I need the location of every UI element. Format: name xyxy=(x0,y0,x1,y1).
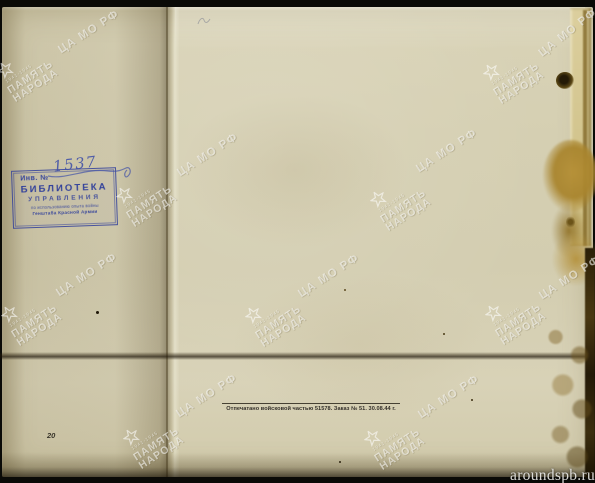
speck xyxy=(339,461,341,463)
site-watermark: aroundspb.ru xyxy=(510,467,595,483)
imprint-rule xyxy=(222,403,400,404)
imprint-block: Отпечатано войсковой частью 51578. Заказ… xyxy=(222,403,400,412)
stain-streak xyxy=(583,10,587,246)
stain xyxy=(543,140,595,212)
speck xyxy=(566,216,575,228)
stamp-subtitle: УПРАВЛЕНИЯ xyxy=(13,193,116,204)
mottled-stains xyxy=(546,322,594,472)
stamp-line3: по использованию опыта войны xyxy=(13,202,116,211)
bottom-edge-shadow xyxy=(2,452,593,477)
page-fold-line xyxy=(166,7,179,477)
document-scan: Инв. № БИБЛИОТЕКА УПРАВЛЕНИЯ по использо… xyxy=(0,0,595,483)
horizontal-crease xyxy=(0,352,595,360)
left-page-shade xyxy=(2,7,168,477)
speck xyxy=(443,333,445,335)
speck xyxy=(96,311,99,314)
speck xyxy=(344,289,346,291)
paper-hole xyxy=(556,72,574,89)
imprint-text: Отпечатано войсковой частью 51578. Заказ… xyxy=(222,406,400,412)
speck xyxy=(471,399,473,401)
pencil-mark xyxy=(197,15,211,27)
stamp-line4: Генштаба Красной Армии xyxy=(13,208,116,217)
page-number: 20 xyxy=(47,431,55,440)
handwriting-flourish xyxy=(46,158,136,184)
top-light-area xyxy=(175,7,585,49)
